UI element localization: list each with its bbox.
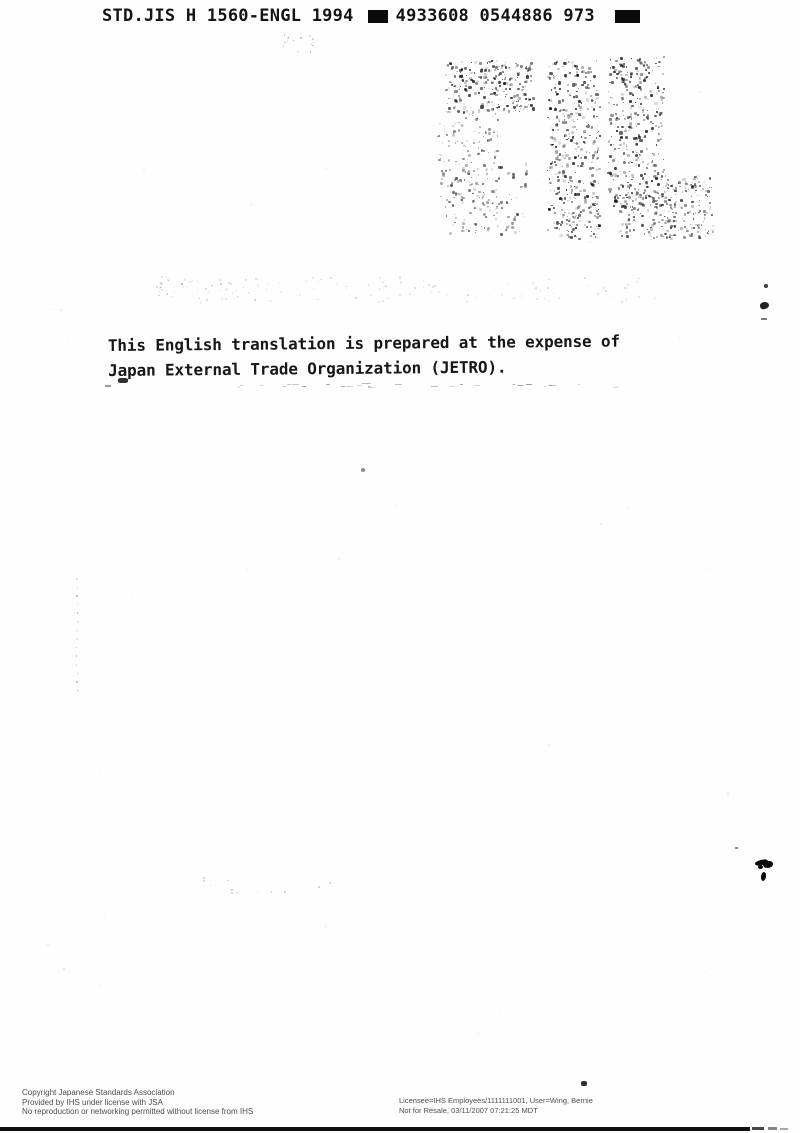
speck — [644, 233, 646, 235]
speck — [706, 212, 708, 214]
speck — [683, 220, 686, 223]
speck — [482, 197, 484, 199]
speck — [131, 594, 132, 595]
speck — [525, 67, 527, 69]
speck — [660, 138, 662, 140]
speck — [697, 224, 700, 227]
speck — [662, 92, 664, 94]
speck — [693, 213, 695, 215]
speck — [596, 137, 597, 138]
speck — [556, 93, 558, 95]
speck — [626, 235, 629, 238]
speck — [267, 283, 268, 284]
speck — [632, 73, 633, 74]
speck — [571, 131, 574, 134]
speck — [516, 213, 519, 216]
speck — [445, 74, 447, 76]
speck — [597, 150, 599, 152]
speck — [647, 186, 649, 188]
speck — [528, 104, 529, 105]
speck — [644, 77, 647, 80]
ink-speck — [581, 1081, 587, 1086]
speck — [660, 234, 663, 237]
speck — [572, 228, 575, 231]
speck — [641, 215, 644, 218]
speck — [703, 221, 704, 222]
speck — [614, 167, 617, 170]
speck — [681, 179, 682, 180]
speck — [639, 183, 641, 185]
speck — [234, 298, 235, 299]
speck — [472, 115, 474, 117]
speck — [474, 131, 475, 132]
speck — [566, 223, 568, 225]
speck — [555, 124, 558, 127]
speck — [560, 234, 563, 237]
speck — [626, 197, 627, 198]
translation-notice: This English translation is prepared at … — [108, 329, 620, 383]
speck — [567, 114, 570, 117]
speck — [571, 119, 573, 121]
speck — [172, 296, 173, 297]
speck — [686, 228, 688, 230]
speck — [591, 1046, 592, 1047]
speck — [505, 88, 507, 90]
speck — [682, 191, 683, 192]
speck — [454, 90, 457, 93]
speck — [564, 157, 566, 159]
speck — [143, 168, 145, 170]
scan-edge-bar-fragment — [768, 1127, 777, 1130]
speck — [458, 122, 459, 123]
speck — [487, 207, 488, 208]
speck — [613, 179, 614, 180]
speck — [482, 195, 485, 198]
speck — [702, 188, 704, 190]
speck — [496, 94, 498, 96]
speck — [567, 230, 568, 231]
speck — [442, 172, 445, 175]
speck — [647, 229, 648, 230]
speck — [489, 69, 492, 72]
speck — [460, 86, 461, 87]
speck — [208, 291, 209, 292]
speck — [623, 102, 624, 103]
speck — [693, 218, 694, 219]
speck — [694, 176, 696, 178]
speck — [588, 221, 591, 224]
speck — [485, 81, 488, 84]
speck — [449, 169, 452, 172]
speck — [519, 83, 522, 86]
speck — [586, 125, 589, 128]
speck — [675, 201, 677, 203]
speck — [564, 119, 566, 121]
speck — [586, 220, 588, 222]
dash-fragment — [549, 385, 556, 386]
speck — [660, 122, 662, 124]
fold-dot — [76, 578, 78, 580]
speck — [491, 108, 494, 111]
speck — [487, 178, 488, 179]
speck — [633, 137, 636, 140]
speck — [580, 148, 583, 151]
speck — [197, 289, 198, 290]
speck — [243, 287, 244, 288]
speck — [446, 134, 448, 136]
speck — [486, 109, 488, 111]
speck — [630, 161, 631, 162]
speck — [559, 191, 560, 192]
speck — [671, 220, 674, 223]
speck — [548, 744, 550, 746]
speck — [447, 103, 448, 104]
speck — [563, 109, 565, 111]
speck — [623, 161, 626, 164]
speck — [633, 212, 634, 213]
speck — [613, 71, 616, 74]
speck — [382, 300, 384, 302]
speck — [525, 86, 526, 87]
speck — [462, 79, 465, 82]
speck — [652, 165, 654, 167]
speck — [627, 182, 628, 183]
speck — [650, 121, 651, 122]
speck — [575, 112, 576, 113]
speck — [455, 100, 458, 103]
speck — [462, 125, 465, 128]
speck — [578, 104, 581, 107]
speck — [532, 282, 534, 284]
speck — [535, 287, 537, 289]
speck — [709, 177, 712, 180]
speck — [657, 183, 660, 186]
speck — [589, 152, 591, 154]
speck — [580, 211, 583, 214]
speck — [574, 197, 575, 198]
speck — [511, 78, 513, 80]
speck — [547, 287, 549, 289]
speck — [665, 223, 666, 224]
speck — [621, 301, 623, 303]
speck — [563, 62, 566, 65]
speck — [192, 1024, 194, 1026]
speck — [647, 98, 649, 100]
notice-line-1: This English translation is prepared at … — [108, 329, 620, 358]
speck — [563, 179, 566, 182]
speck — [620, 230, 622, 232]
speck — [619, 210, 622, 213]
speck — [493, 215, 494, 216]
speck — [605, 290, 607, 292]
speck — [296, 295, 297, 296]
speck — [574, 102, 576, 104]
speck — [627, 186, 628, 187]
speck — [159, 287, 161, 289]
speck — [640, 197, 641, 198]
speck — [377, 573, 379, 575]
speck — [486, 173, 488, 175]
dash-fragment — [357, 385, 363, 386]
speck — [560, 109, 563, 112]
speck — [594, 78, 595, 79]
speck — [644, 173, 647, 176]
speck — [497, 226, 499, 228]
dash-fragment — [518, 385, 524, 386]
speck — [505, 82, 508, 85]
speck — [558, 81, 561, 84]
speck — [517, 105, 519, 107]
speck — [593, 115, 596, 118]
speck — [576, 151, 577, 152]
speck — [440, 196, 441, 197]
speck — [642, 204, 644, 206]
speck — [498, 104, 499, 105]
speck — [549, 178, 551, 180]
speck — [567, 194, 568, 195]
speck — [495, 66, 498, 69]
speck — [509, 88, 510, 89]
speck — [580, 110, 581, 111]
speck — [478, 174, 480, 176]
speck — [625, 223, 628, 226]
speck — [560, 214, 561, 215]
speck — [529, 99, 531, 101]
speck — [568, 220, 570, 222]
speck — [687, 188, 690, 191]
speck — [487, 229, 489, 231]
speck — [613, 104, 615, 106]
dash-fragment — [240, 385, 242, 386]
speck — [264, 550, 266, 552]
speck — [635, 85, 638, 88]
speck — [562, 166, 563, 167]
speck — [455, 177, 458, 180]
speck — [458, 95, 460, 97]
speck — [673, 234, 676, 237]
speck — [597, 132, 598, 133]
speck — [631, 105, 634, 108]
speck — [611, 97, 613, 99]
speck — [230, 283, 232, 285]
speck — [661, 226, 662, 227]
speck — [610, 67, 611, 68]
speck — [630, 107, 632, 109]
speck — [596, 209, 597, 210]
speck — [649, 90, 652, 93]
speck — [161, 284, 162, 285]
speck — [639, 58, 642, 61]
speck — [624, 83, 626, 85]
speck — [569, 179, 571, 181]
speck — [503, 83, 506, 86]
speck — [596, 90, 597, 91]
fold-dot — [76, 655, 78, 657]
speck — [312, 45, 314, 47]
speck — [627, 507, 629, 509]
speck — [487, 206, 489, 208]
speck — [656, 213, 657, 214]
speck — [557, 157, 559, 159]
speck — [583, 141, 585, 143]
fold-dot — [76, 681, 78, 683]
speck — [562, 216, 564, 218]
speck — [527, 74, 528, 75]
speck — [506, 105, 509, 108]
speck — [622, 65, 625, 68]
speck — [515, 63, 516, 64]
copyright-line: Copyright Japanese Standards Association — [22, 1088, 253, 1098]
speck — [478, 132, 480, 134]
black-block-icon — [368, 10, 388, 23]
speck — [469, 114, 470, 115]
speck — [447, 185, 449, 187]
speck — [498, 1013, 500, 1015]
speck — [474, 92, 477, 95]
speck — [596, 203, 598, 205]
speck — [465, 164, 468, 167]
speck — [651, 180, 653, 182]
speck — [225, 298, 227, 300]
speck — [577, 146, 579, 148]
speck — [609, 118, 612, 121]
speck — [505, 96, 506, 97]
speck — [63, 968, 65, 970]
speck — [471, 177, 472, 178]
speck — [379, 277, 381, 279]
speck — [635, 143, 638, 146]
speck — [613, 144, 615, 146]
speck — [566, 139, 567, 140]
speck — [657, 200, 658, 201]
speck — [495, 288, 496, 289]
speck — [477, 80, 479, 82]
speck — [477, 168, 479, 170]
speck — [445, 206, 447, 208]
speck — [583, 130, 586, 133]
speck — [578, 238, 581, 241]
speck — [595, 196, 597, 198]
speck — [636, 191, 637, 192]
speck — [506, 94, 507, 95]
speck — [638, 197, 640, 199]
speck — [587, 71, 590, 74]
speck — [711, 229, 714, 232]
speck — [655, 192, 657, 194]
speck — [664, 216, 666, 218]
speck — [681, 207, 683, 209]
speck — [428, 284, 430, 286]
speck — [480, 154, 481, 155]
speck — [246, 569, 248, 571]
speck — [457, 180, 460, 183]
speck — [624, 158, 626, 160]
speck — [492, 210, 494, 212]
speck — [64, 442, 66, 444]
speck — [551, 144, 553, 146]
speck — [445, 89, 448, 92]
speck — [645, 69, 647, 71]
speck — [674, 225, 675, 226]
speck — [505, 94, 506, 95]
license-footer: Licensee=IHS Employees/1111111001, User=… — [399, 1096, 593, 1116]
speck — [442, 174, 445, 177]
speck — [469, 95, 471, 97]
speck — [699, 185, 701, 187]
speck — [674, 190, 677, 193]
speck — [691, 201, 694, 204]
speck — [512, 87, 513, 88]
speck — [596, 60, 598, 62]
speck — [584, 198, 587, 201]
speck — [523, 89, 524, 90]
speck — [355, 297, 356, 298]
speck — [669, 234, 672, 237]
speck — [507, 283, 509, 285]
speck — [448, 159, 451, 162]
speck — [549, 182, 552, 185]
speck — [447, 140, 449, 142]
speck — [638, 202, 641, 205]
speck — [630, 113, 633, 116]
speck — [623, 81, 625, 83]
speck — [466, 75, 467, 76]
speck — [488, 69, 491, 72]
speck — [483, 76, 486, 79]
speck — [577, 206, 580, 209]
speck — [425, 934, 426, 935]
speck — [396, 504, 398, 506]
speck — [693, 227, 695, 229]
speck — [330, 103, 332, 105]
speck — [630, 185, 631, 186]
speck — [646, 187, 648, 189]
speck — [524, 106, 526, 108]
speck — [513, 95, 516, 98]
dash-fragment — [362, 383, 371, 384]
dash-fragment — [474, 385, 480, 386]
speck — [520, 186, 523, 189]
speck — [693, 220, 694, 221]
speck — [459, 69, 462, 72]
dash-fragment — [526, 384, 532, 385]
dash-fragment — [578, 384, 581, 385]
speck — [469, 69, 471, 71]
speck — [449, 81, 451, 83]
speck — [459, 179, 462, 182]
speck — [351, 390, 352, 391]
speck — [442, 142, 444, 144]
speck — [500, 201, 503, 204]
speck — [685, 183, 688, 186]
speck — [663, 56, 665, 58]
speck — [446, 111, 447, 112]
speck — [698, 181, 700, 183]
speck — [492, 203, 494, 205]
speck — [501, 207, 503, 209]
speck — [657, 192, 659, 194]
speck — [567, 216, 568, 217]
speck — [659, 114, 661, 116]
speck — [566, 129, 568, 131]
speck — [549, 107, 552, 110]
speck — [556, 116, 559, 119]
speck — [691, 184, 692, 185]
speck — [329, 882, 331, 884]
speck — [549, 99, 552, 102]
speck — [478, 152, 480, 154]
speck — [459, 75, 462, 78]
